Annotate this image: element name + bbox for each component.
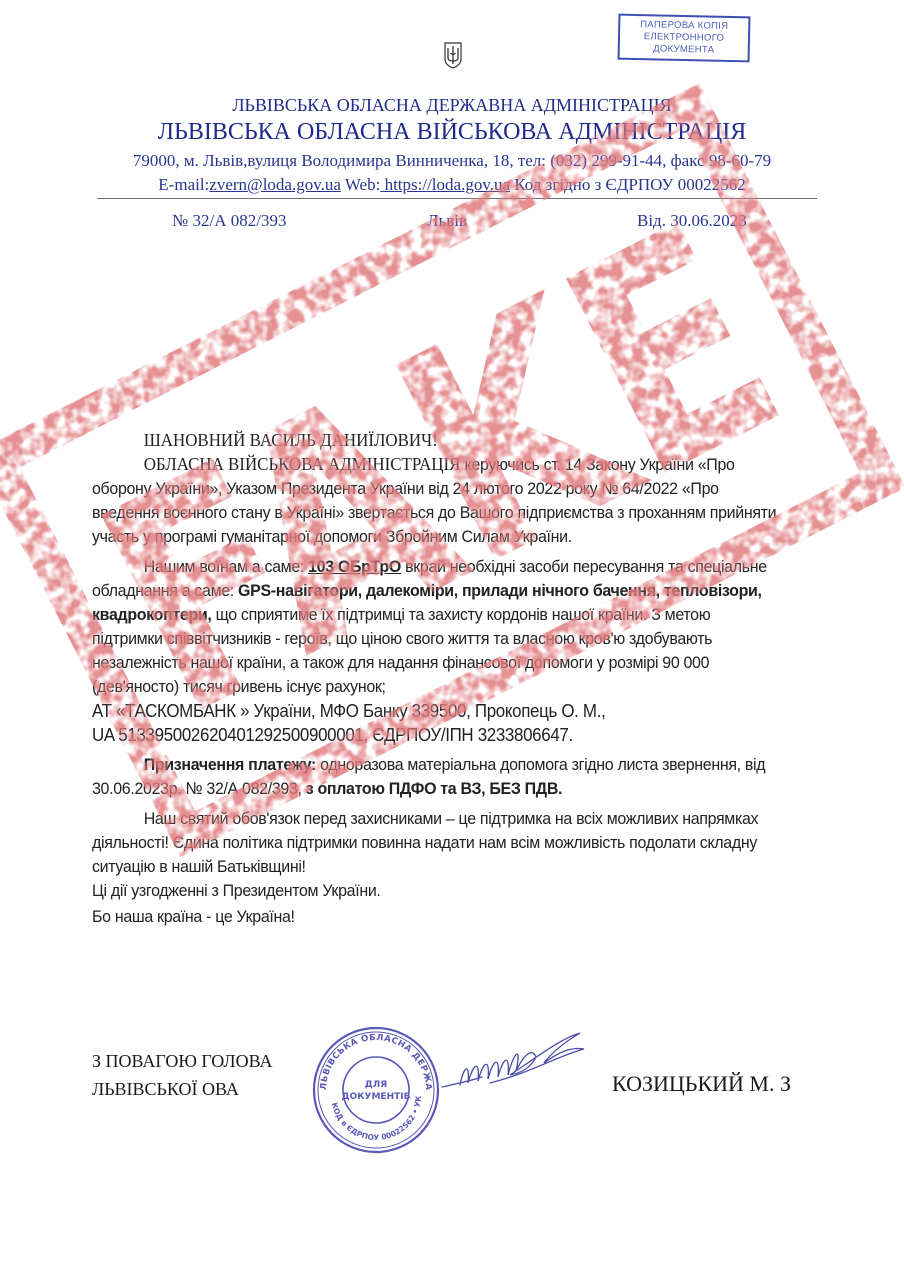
paragraph-president: Ці дії узгодженні з Президентом України. [92,879,778,903]
bank-details-line-2: UA 513395002620401292500900001, ЄДРПОУ/І… [92,723,778,747]
document-number: № 32/А 082/393 [172,211,286,231]
bank-details-line-1: АТ «ТАСКОМБАНК » України, МФО Банку 3395… [92,699,778,723]
paper-copy-stamp: ПАПЕРОВА КОПІЯ ЕЛЕКТРОННОГО ДОКУМЕНТА [618,14,751,63]
greeting: ШАНОВНИЙ ВАСИЛЬ ДАНИЇЛОВИЧ! [92,428,778,452]
email-link[interactable]: zvern@loda.gov.ua [209,175,341,194]
handwritten-signature [440,1025,590,1105]
seal-center-line-2: ДОКУМЕНТІВ [342,1092,411,1102]
signature-title: З ПОВАГОЮ ГОЛОВА ЛЬВІВСЬКОЇ ОВА [92,1047,272,1103]
header-divider [97,198,817,199]
web-link[interactable]: https://loda.gov.ua [380,175,510,194]
official-round-seal: ЛЬВІВСЬКА ОБЛАСНА ДЕРЖАВНА АДМІНІСТРАЦІЯ… [311,1025,441,1155]
paragraph-needs: Нашим воїнам а саме: 103 ОБрТрО вкрай не… [92,555,778,699]
addressee-org: ОБЛАСНА ВІЙСЬКОВА АДМІНІСТРАЦІЯ [144,454,461,474]
edrpou-code: Код згідно з ЄДРПОУ 00022562 [510,175,746,194]
header-contacts: E-mail:zvern@loda.gov.ua Web: https://lo… [0,175,904,195]
signatory-name: КОЗИЦЬКИЙ М. З [612,1071,791,1097]
letter-body: ШАНОВНИЙ ВАСИЛЬ ДАНИЇЛОВИЧ! ОБЛАСНА ВІЙС… [92,428,778,929]
header-address: 79000, м. Львів,вулиця Володимира Виннич… [0,151,904,171]
header-state-admin: ЛЬВІВСЬКА ОБЛАСНА ДЕРЖАВНА АДМІНІСТРАЦІЯ [0,95,904,116]
payment-purpose-label: Призначення платежу: [144,755,316,774]
paragraph-closing: Бо наша країна - це Україна! [92,905,778,929]
paragraph-duty: Наш святий обов'язок перед захисниками –… [92,807,778,879]
paragraph-intro: ОБЛАСНА ВІЙСЬКОВА АДМІНІСТРАЦІЯ керуючис… [92,452,778,549]
payment-purpose: Призначення платежу: одноразова матеріал… [92,753,778,801]
document-city: Львів [427,211,467,231]
unit-name: 103 ОБрТрО [308,557,401,576]
paper-copy-stamp-line: ДОКУМЕНТА [620,43,748,58]
email-label: E-mail: [158,175,209,194]
document-date: Від. 30.06.2023 [637,211,747,231]
header-military-admin: ЛЬВІВСЬКА ОБЛАСНА ВІЙСЬКОВА АДМІНІСТРАЦІ… [0,119,904,146]
seal-center-line-1: ДЛЯ [365,1080,387,1090]
trident-coat-of-arms-icon [443,41,463,69]
web-label: Web: [341,175,380,194]
